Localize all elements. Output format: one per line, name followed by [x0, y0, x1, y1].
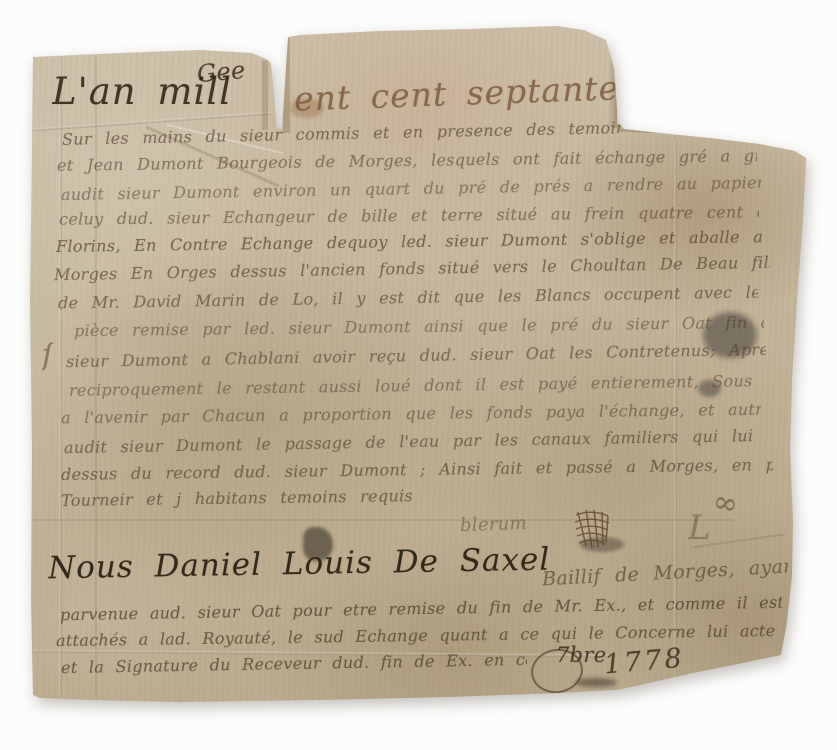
parchment-vignette — [0, 0, 837, 750]
ink-smudge-under-date — [575, 678, 617, 687]
closing-line: et la Signature du Receveur dud. fin de … — [61, 650, 527, 677]
ink-splatter-center — [580, 537, 624, 552]
fold-crease-left — [59, 57, 62, 697]
manuscript-photo: Gee L'an mill ent cent septante hui Sur … — [0, 0, 837, 750]
manuscript-line: Morges En Orges dessus l'ancien fonds si… — [54, 253, 770, 284]
closing-line: parvenue aud. sieur Oat pour etre remise… — [60, 593, 782, 625]
crosshatch-doodle — [572, 508, 612, 550]
tear-edge-shadow-left — [262, 60, 268, 130]
heading-right-fragment: ent cent septante hui — [293, 68, 616, 118]
ink-blot-large — [703, 312, 757, 358]
manuscript-line: de Mr. David Marin de Lo, il y est dit q… — [58, 283, 758, 313]
fold-crease-lower — [33, 519, 733, 521]
infinity-flourish: ∞ — [710, 484, 742, 523]
manuscript-line: Sur les mains du sieur commis et en pres… — [62, 118, 622, 149]
tear-edge-shadow-right — [283, 38, 290, 133]
tear-stain — [290, 98, 324, 118]
crease-right-short — [690, 533, 784, 548]
manuscript-line: reciproquement le restant aussi loué don… — [69, 371, 759, 400]
manuscript-line: dessus du record dud. sieur Dumont ; Ain… — [61, 455, 773, 484]
manuscript-line: et Jean Dumont Bourgeois de Morges, lesq… — [57, 146, 757, 175]
corner-annotation: Gee — [196, 56, 247, 88]
date-flourish-oval — [528, 645, 587, 697]
manuscript-line: audit sieur Dumont environ un quart du p… — [61, 173, 761, 204]
date-year: 1778 — [603, 643, 686, 681]
manuscript-line: audit sieur Dumont le passage de l'eau p… — [64, 426, 764, 457]
manuscript-line: sieur Dumont a Chablani avoir reçu dud. … — [66, 340, 766, 371]
heading-left-fragment: L'an mill — [52, 70, 232, 113]
fold-crease-right — [674, 140, 677, 688]
fold-crease-left-2 — [95, 57, 97, 697]
closing-salutation-right: Baillif de Morges, ayant — [542, 556, 789, 591]
parchment-grain-texture — [0, 0, 837, 750]
parchment-sheet-wrap: Gee L'an mill ent cent septante hui Sur … — [0, 0, 837, 750]
closing-line: attachés a lad. Royauté, le sud Echange … — [56, 621, 782, 650]
margin-paraph-mark: ſ — [42, 338, 53, 373]
manuscript-line: celuy dud. sieur Echangeur de bille et t… — [59, 202, 759, 228]
fold-crease-bottom — [33, 649, 613, 657]
manuscript-line: a l'avenir par Chacun a proportion que l… — [61, 400, 761, 428]
tear-crease-diagonal — [146, 126, 280, 188]
manuscript-line: Florins, En Contre Echange dequoy led. s… — [56, 227, 768, 256]
faded-flourish-word: blerum — [460, 513, 528, 536]
ink-splatter-left — [303, 527, 333, 561]
letter-paraph: L — [688, 508, 711, 548]
manuscript-line: pièce remise par led. sieur Dumont ainsi… — [74, 313, 764, 340]
manuscript-line: Tourneir et j habitans temoins requis — [61, 485, 491, 510]
cutout-edge-shadow-horizontal — [618, 123, 808, 139]
ink-blot-small — [698, 380, 721, 397]
parchment-document: Gee L'an mill ent cent septante hui Sur … — [0, 0, 837, 750]
closing-salutation: Nous Daniel Louis De Saxel — [48, 542, 549, 587]
date-month: 7bre — [556, 643, 606, 667]
tear-crease-highlight — [167, 124, 284, 155]
fold-crease-top — [33, 112, 273, 132]
cutout-edge-shadow-vertical — [608, 42, 617, 128]
